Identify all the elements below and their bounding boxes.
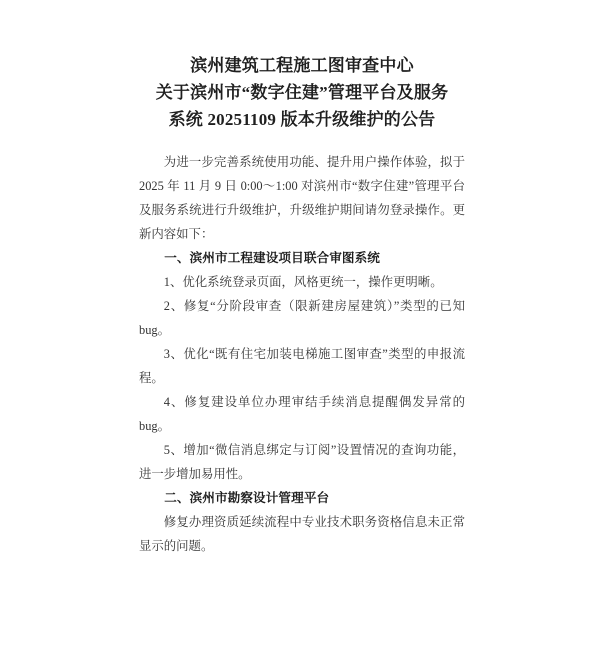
section-1-item-3: 3、优化“既有住宅加装电梯施工图审查”类型的申报流程。 (139, 342, 465, 390)
announcement-document: 滨州建筑工程施工图审查中心 关于滨州市“数字住建”管理平台及服务 系统 2025… (0, 0, 600, 650)
section-1-item-4: 4、修复建设单位办理审结手续消息提醒偶发异常的 bug。 (139, 390, 465, 438)
document-content: 滨州建筑工程施工图审查中心 关于滨州市“数字住建”管理平台及服务 系统 2025… (139, 52, 465, 558)
document-title: 滨州建筑工程施工图审查中心 关于滨州市“数字住建”管理平台及服务 系统 2025… (139, 52, 465, 133)
title-line-3: 系统 20251109 版本升级维护的公告 (139, 106, 465, 133)
section-2-item-1: 修复办理资质延续流程中专业技术职务资格信息未正常显示的问题。 (139, 510, 465, 558)
intro-paragraph: 为进一步完善系统使用功能、提升用户操作体验，拟于 2025 年 11 月 9 日… (139, 150, 465, 246)
section-1-heading: 一、滨州市工程建设项目联合审图系统 (139, 246, 465, 270)
section-1-item-5: 5、增加“微信消息绑定与订阅”设置情况的查询功能，进一步增加易用性。 (139, 438, 465, 486)
document-body: 为进一步完善系统使用功能、提升用户操作体验，拟于 2025 年 11 月 9 日… (139, 150, 465, 558)
section-1-item-2: 2、修复“分阶段审查（限新建房屋建筑）”类型的已知 bug。 (139, 294, 465, 342)
title-line-2: 关于滨州市“数字住建”管理平台及服务 (139, 79, 465, 106)
title-line-1: 滨州建筑工程施工图审查中心 (139, 52, 465, 79)
section-2-heading: 二、滨州市勘察设计管理平台 (139, 486, 465, 510)
section-1-item-1: 1、优化系统登录页面，风格更统一，操作更明晰。 (139, 270, 465, 294)
